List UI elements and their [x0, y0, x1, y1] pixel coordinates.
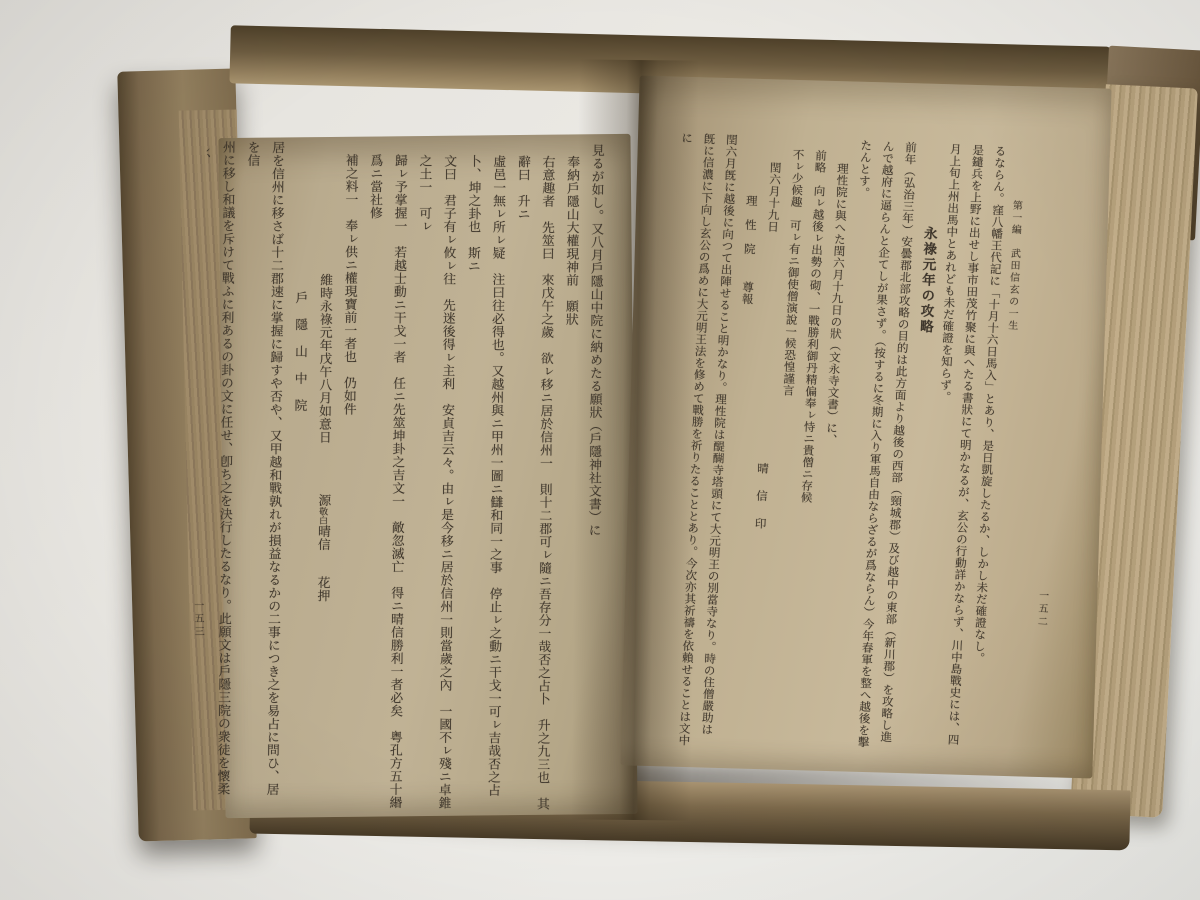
photo-vignette [0, 0, 1200, 900]
